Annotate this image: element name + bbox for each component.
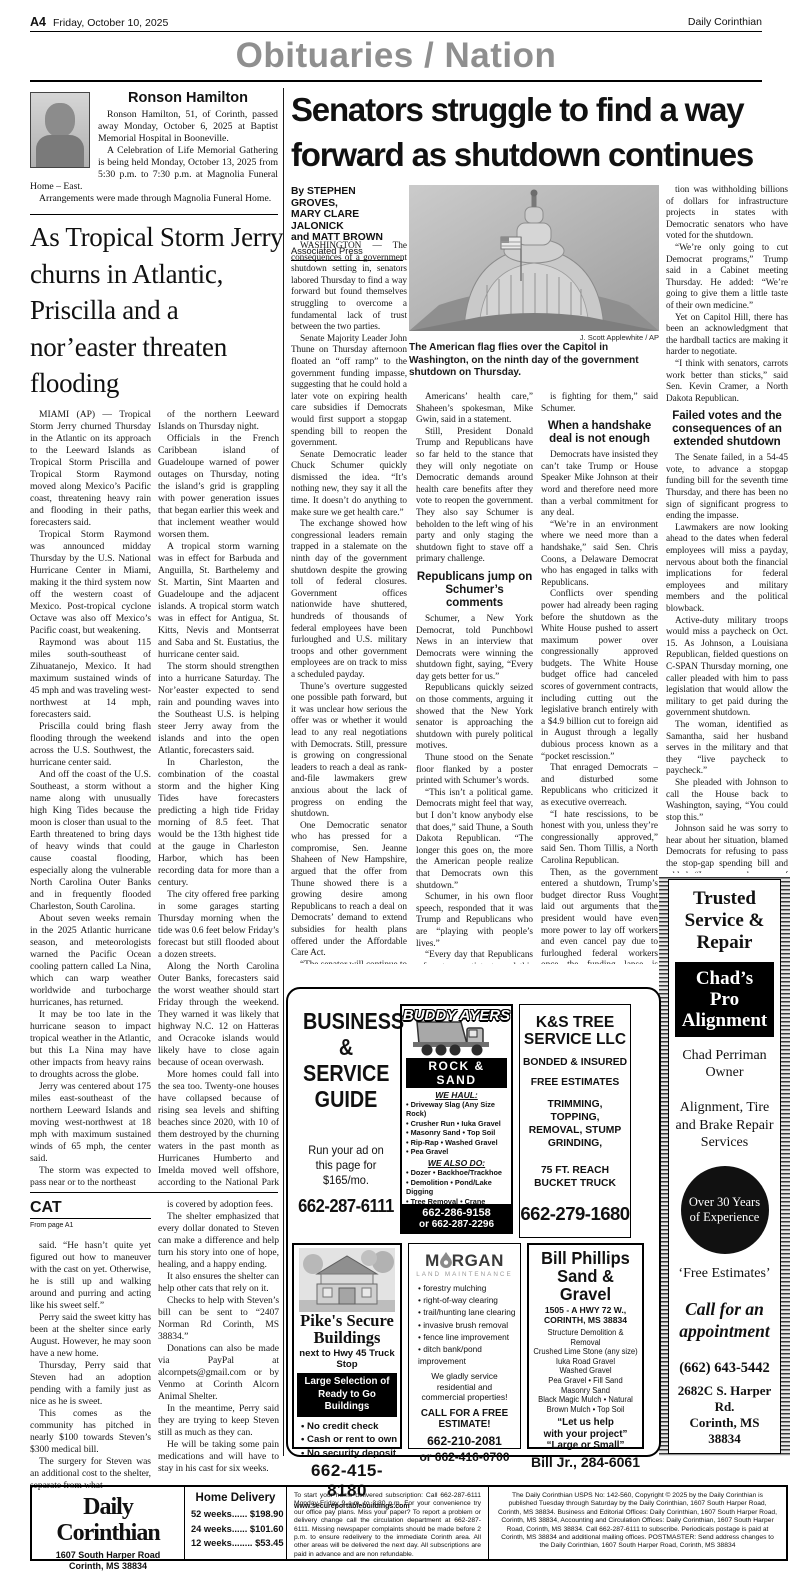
buddy-phone-2: or 662-287-2296 <box>402 1219 511 1230</box>
paragraph: The city offered free parking in some ga… <box>158 889 279 961</box>
list-item: Iuka Road Gravel <box>532 1357 639 1367</box>
paragraph: said. “He hasn’t quite yet figured out h… <box>30 1240 151 1312</box>
paragraph: of the northern Leeward Islands on Thurs… <box>158 409 279 433</box>
column-2-post: Schumer, a New York Democrat, told Punch… <box>416 614 533 964</box>
pikes-bullet-list: No credit checkCash or rent to ownNo sec… <box>294 1420 400 1461</box>
list-item: invasive brush removal <box>418 1319 520 1331</box>
paragraph: The Senate failed, in a 54-45 vote, to a… <box>666 453 788 523</box>
ks-free-estimates: FREE ESTIMATES <box>520 1077 630 1088</box>
footer-address-line2: Corinth, MS 38834 <box>32 1561 184 1572</box>
paragraph: “I hate rescissions, to be honest with y… <box>541 810 658 868</box>
list-item: trail/hunting lane clearing <box>418 1306 520 1318</box>
paragraph: MIAMI (AP) — Tropical Storm Jerry churne… <box>30 409 151 529</box>
paragraph: Thursday, Perry said that Steven had an … <box>30 1360 151 1408</box>
paragraph: Americans’ health care,” Shaheen’s spoke… <box>416 392 533 427</box>
paragraph: “I think with senators, carrots work bet… <box>666 359 788 405</box>
pikes-building-photo <box>299 1248 395 1312</box>
paragraph: The woman, identified as Samantha, said … <box>666 720 788 778</box>
buddy-truck-graphic: BUDDY AYERS <box>402 1006 511 1058</box>
paragraph: Jerry was centered about 175 miles east-… <box>30 1081 151 1165</box>
pikes-banner: Large Selection of Ready to Go Buildings <box>297 1373 397 1417</box>
chads-owner: Chad Perriman Owner <box>673 1047 776 1081</box>
footer-subscription-info: To start your home delivered subscriptio… <box>286 1487 488 1559</box>
cat-column-2: is covered by adoption fees.The shelter … <box>158 1199 279 1492</box>
capitol-photo-image <box>409 185 659 331</box>
paragraph: The storm should strengthen into a hurri… <box>158 661 279 757</box>
home-delivery-title: Home Delivery <box>191 1492 280 1504</box>
list-item: right-of-way clearing <box>418 1294 520 1306</box>
ad-pikes-secure-buildings: Pike's Secure Buildings next to Hwy 45 T… <box>292 1243 402 1449</box>
paragraph: “Every day that Republicans refuse to ne… <box>416 950 533 964</box>
bill-address-line2: CORINTH, MS 38834 <box>529 1315 642 1325</box>
paragraph: In Charleston, the combination of the co… <box>158 757 279 889</box>
rate-row: 52 weeks...... $198.90 <box>191 1507 280 1522</box>
paragraph: Schumer, in his own floor speech, respon… <box>416 892 533 950</box>
ad-bill-phillips-sand-gravel: Bill Phillips Sand & Gravel 1505 - A HWY… <box>527 1243 644 1449</box>
morgan-logo: MRGAN <box>409 1251 520 1271</box>
section-rule <box>30 80 762 82</box>
page-date: Friday, October 10, 2025 <box>53 17 168 29</box>
paragraph: Checks to help with Steven’s bill can be… <box>158 1295 279 1343</box>
cat-title-rule <box>30 1218 151 1219</box>
list-item: Masonry Sand <box>532 1386 639 1396</box>
list-item: No credit check <box>301 1420 400 1434</box>
home-delivery-rates: 52 weeks...... $198.9024 weeks...... $10… <box>191 1507 280 1551</box>
column-4-pre: tion was withholding billions of dollars… <box>666 185 788 405</box>
main-headline-line1: Senators struggle to find a way <box>291 87 791 132</box>
paragraph: Democrats have insisted they can’t take … <box>541 450 658 520</box>
morgan-note: We gladly service residential and commer… <box>409 1371 520 1403</box>
portrait-bust-shape <box>36 135 84 168</box>
header-rule <box>30 31 762 32</box>
footer-paper-name: Daily Corinthian <box>32 1494 184 1546</box>
list-item: Rip-Rap • Washed Gravel <box>406 1138 511 1147</box>
ad-chads-pro-alignment: Trusted Service & Repair Chad’s Pro Alig… <box>659 877 790 1456</box>
footer-home-delivery: Home Delivery 52 weeks...... $198.9024 w… <box>184 1487 286 1559</box>
page-number: A4 <box>30 15 46 29</box>
paragraph: A tropical storm warning was in effect f… <box>158 541 279 661</box>
byline-author: By STEPHEN GROVES, <box>291 186 403 209</box>
bill-product-list: Structure Demolition & RemovalCrushed Li… <box>532 1328 639 1414</box>
obituary-ronson-hamilton: Ronson Hamilton Ronson Hamilton, 51, of … <box>30 90 278 205</box>
paragraph: More homes could fall into the sea too. … <box>158 1069 279 1188</box>
list-item: Structure Demolition & Removal <box>532 1328 639 1347</box>
bill-quote-line1: “Let us help <box>529 1417 642 1428</box>
obituary-divider-rule <box>30 214 278 215</box>
bill-name: Bill Phillips Sand & Gravel <box>532 1249 638 1303</box>
paragraph: Republicans quickly seized on those comm… <box>416 683 533 753</box>
ad-buddy-ayers: BUDDY AYERS ROCK & SAND WE HAUL: Drivewa… <box>400 1004 513 1234</box>
portrait-head-shape <box>45 103 75 137</box>
paragraph: She pleaded with Johnson to call the Hou… <box>666 778 788 824</box>
chads-address-line2: Corinth, MS 38834 <box>673 1415 776 1447</box>
bsg-title: BUSINESS & SERVICE GUIDE <box>303 1008 389 1112</box>
paragraph: WASHINGTON — The consequences of a gover… <box>291 241 407 334</box>
chads-free-estimates: ‘Free Estimates’ <box>673 1266 776 1282</box>
bill-quote-line3: “Large or Small” <box>529 1440 642 1451</box>
paragraph: is covered by adoption fees. <box>158 1199 279 1211</box>
cat-column-1-text: said. “He hasn’t quite yet figured out h… <box>30 1240 151 1492</box>
buddy-phone-box: 662-286-9158 or 662-287-2296 <box>402 1204 511 1232</box>
ks-bonded: BONDED & INSURED <box>520 1057 630 1068</box>
bill-phone: Bill Jr., 284-6061 <box>529 1454 642 1470</box>
paragraph: Along the North Carolina Outer Banks, fo… <box>158 961 279 1069</box>
subhead-republicans-jump: Republicans jump on Schumer’s comments <box>416 571 533 610</box>
bsg-pitch: Run your ad on this page for $165/mo. <box>298 1143 394 1188</box>
ad-morgan-land-maintenance: MRGAN LAND MAINTENANCE forestry mulching… <box>408 1243 521 1449</box>
list-item: fence line improvement <box>418 1331 520 1343</box>
paragraph: Senate Majority Leader John Thune on Thu… <box>291 334 407 450</box>
obituary-portrait-photo <box>30 92 90 168</box>
footer-legal-info: The Daily Corinthian USPS No: 142-560, C… <box>488 1487 786 1559</box>
paragraph: And off the coast of the U.S. Southeast,… <box>30 769 151 913</box>
paragraph: The shelter emphasized that every dollar… <box>158 1211 279 1271</box>
morgan-tagline: LAND MAINTENANCE <box>409 1271 520 1278</box>
paragraph: “This isn’t a political game. Democrats … <box>416 788 533 892</box>
list-item: Brown Mulch • Top Soil <box>532 1405 639 1415</box>
bsg-phone: 662-287-6111 <box>295 1196 396 1217</box>
morgan-logo-rgan: RGAN <box>452 1251 504 1270</box>
morgan-cta: CALL FOR A FREE ESTIMATE! <box>409 1408 520 1430</box>
morgan-service-list: forestry mulchingright-of-way clearingtr… <box>409 1282 520 1367</box>
list-item: Pea Gravel • Fill Sand <box>532 1376 639 1386</box>
column-2-pre: Americans’ health care,” Shaheen’s spoke… <box>416 392 533 566</box>
buddy-haul-list: Driveway Slag (Any Size Rock)Crusher Run… <box>402 1100 511 1156</box>
paragraph: tion was withholding billions of dollars… <box>666 185 788 243</box>
paragraph: It may be too late in the hurricane seas… <box>30 1009 151 1081</box>
paragraph: Yet on Capitol Hill, there has been an a… <box>666 313 788 359</box>
morgan-logo-m: M <box>425 1251 440 1270</box>
list-item: Crushed Lime Stone (any size) <box>532 1347 639 1357</box>
vertical-column-divider <box>283 88 284 1456</box>
list-item: Demolition • Pond/Lake Digging <box>406 1178 511 1197</box>
rate-row: 12 weeks........ $53.45 <box>191 1536 280 1551</box>
ad-chads-inner: Trusted Service & Repair Chad’s Pro Alig… <box>668 879 781 1454</box>
storm-column-1: MIAMI (AP) — Tropical Storm Jerry churne… <box>30 409 151 1188</box>
paragraph: Thune’s overture suggested one possible … <box>291 682 407 821</box>
main-article-column-4: tion was withholding billions of dollars… <box>666 185 788 873</box>
chads-address: 2682C S. Harper Rd. Corinth, MS 38834 <box>673 1383 776 1447</box>
ks-services: TRIMMING, TOPPING, REMOVAL, STUMP GRINDI… <box>520 1098 630 1150</box>
column-4-post: The Senate failed, in a 54-45 vote, to a… <box>666 453 788 873</box>
capitol-photo <box>409 185 659 331</box>
morgan-phone-1: 662-210-2081 <box>409 1434 520 1448</box>
bill-name-line1: Bill Phillips <box>532 1249 638 1267</box>
byline-authors: By STEPHEN GROVES,MARY CLARE JALONICKand… <box>291 186 403 244</box>
list-item: Driveway Slag (Any Size Rock) <box>406 1100 511 1119</box>
paragraph: The storm was expected to pass near or t… <box>30 1165 151 1188</box>
photo-caption: The American flag flies over the Capitol… <box>409 342 659 380</box>
footer-address-line1: 1607 South Harper Road <box>32 1550 184 1561</box>
bill-address-line1: 1505 - A HWY 72 W., <box>529 1305 642 1315</box>
main-article-column-2: Americans’ health care,” Shaheen’s spoke… <box>416 392 533 964</box>
storm-cat-divider-rule <box>30 1192 278 1193</box>
ks-bucket-truck: 75 FT. REACH BUCKET TRUCK <box>520 1164 630 1190</box>
list-item: forestry mulching <box>418 1282 520 1294</box>
buddy-phone-1: 662-286-9158 <box>402 1207 511 1219</box>
footer-logo-block: Daily Corinthian 1607 South Harper Road … <box>32 1487 184 1559</box>
paragraph: Schumer, a New York Democrat, told Punch… <box>416 614 533 684</box>
list-item: Cash or rent to own <box>301 1433 400 1447</box>
list-item: Dozer • Backhoe/Trackhoe <box>406 1168 511 1177</box>
rate-row: 24 weeks...... $101.60 <box>191 1522 280 1537</box>
pikes-location: next to Hwy 45 Truck Stop <box>294 1348 400 1370</box>
main-headline: Senators struggle to find a way forward … <box>291 87 791 177</box>
list-item: Crusher Run • Iuka Gravel <box>406 1119 511 1128</box>
masthead-footer: Daily Corinthian 1607 South Harper Road … <box>30 1485 788 1561</box>
ks-phone: 662-279-1680 <box>520 1203 630 1225</box>
storm-article-headline: As Tropical Storm Jerry churns in Atlant… <box>30 219 284 402</box>
buddy-we-haul-title: WE HAUL: <box>402 1090 511 1100</box>
paragraph: Active-duty military troops would miss a… <box>666 616 788 720</box>
bill-quote-line2: with your project” <box>529 1429 642 1440</box>
paragraph: Perry said the sweet kitty has been at t… <box>30 1312 151 1360</box>
paragraph: In the meantime, Perry said they are try… <box>158 1403 279 1439</box>
paragraph: Johnson said he was sorry to hear about … <box>666 824 788 873</box>
paragraph: Donations can also be made via PayPal at… <box>158 1343 279 1403</box>
paragraph: About seven weeks remain in the 2025 Atl… <box>30 913 151 1009</box>
paragraph: Tropical Storm Raymond was announced mid… <box>30 529 151 637</box>
list-item: Masonry Sand • Top Soil <box>406 1128 511 1137</box>
list-item: No security deposit <box>301 1447 400 1461</box>
subhead-handshake-deal: When a handshake deal is not enough <box>541 420 658 446</box>
buddy-rock-sand-bar: ROCK & SAND <box>406 1058 507 1088</box>
paragraph: The exchange showed how congressional le… <box>291 519 407 681</box>
cat-continued-from: From page A1 <box>30 1220 151 1232</box>
ad-ks-tree-service: K&S TREE SERVICE LLC BONDED & INSURED FR… <box>519 1004 631 1238</box>
chads-experience-badge: Over 30 Years of Experience <box>681 1166 769 1254</box>
pikes-name: Pike's Secure Buildings <box>294 1312 400 1346</box>
paragraph: Lawmakers are now looking ahead to the d… <box>666 523 788 616</box>
bill-quote: “Let us help with your project” “Large o… <box>529 1417 642 1451</box>
list-item: Washed Gravel <box>532 1366 639 1376</box>
byline-author: MARY CLARE JALONICK <box>291 209 403 232</box>
cat-continuation-article: CAT From page A1 said. “He hasn’t quite … <box>30 1199 279 1492</box>
column-3-post: Democrats have insisted they can’t take … <box>541 450 658 964</box>
paragraph: One Democratic senator who has pressed f… <box>291 821 407 960</box>
paragraph: “The senator will continue to work acros… <box>291 960 407 964</box>
paper-name-header: Daily Corinthian <box>688 16 762 28</box>
bill-name-line2: Sand & Gravel <box>532 1267 638 1303</box>
paragraph: “We’re in an environment where we need m… <box>541 520 658 590</box>
main-article-column-3: is fighting for them,” said Schumer. Whe… <box>541 392 658 964</box>
main-headline-line2: forward as shutdown continues <box>291 132 791 177</box>
paragraph: Still, President Donald Trump and Republ… <box>416 427 533 566</box>
page-folio: A4Friday, October 10, 2025 <box>30 13 168 31</box>
shed-building-icon <box>299 1248 395 1312</box>
paragraph: Officials in the French Caribbean island… <box>158 433 279 541</box>
paragraph: Then, as the government entered a shutdo… <box>541 868 658 964</box>
paragraph: Thune stood on the Senate floor flanked … <box>416 753 533 788</box>
chads-services: Alignment, Tire and Brake Repair Service… <box>673 1099 776 1152</box>
storm-column-2: of the northern Leeward Islands on Thurs… <box>158 409 279 1188</box>
chads-header: Trusted Service & Repair <box>673 888 776 954</box>
list-item: ditch bank/pond improvement <box>418 1343 520 1367</box>
storm-article-body: MIAMI (AP) — Tropical Storm Jerry churne… <box>30 409 279 1188</box>
chads-address-line1: 2682C S. Harper Rd. <box>673 1383 776 1415</box>
paragraph: It also ensures the shelter can help oth… <box>158 1271 279 1295</box>
column-3-pre: is fighting for them,” said Schumer. <box>541 392 658 415</box>
droplet-pin-icon <box>440 1252 452 1268</box>
paragraph: Priscilla could bring flash flooding thr… <box>30 721 151 769</box>
photo-credit: J. Scott Applewhite / AP <box>409 333 659 342</box>
main-article-column-1: WASHINGTON — The consequences of a gover… <box>291 241 407 964</box>
paragraph: Conflicts over spending power had alread… <box>541 589 658 763</box>
morgan-phone-2: or 662-416-0700 <box>409 1450 520 1464</box>
list-item: Pea Gravel <box>406 1147 511 1156</box>
paragraph: Senate Democratic leader Chuck Schumer q… <box>291 450 407 520</box>
cat-column-1: CAT From page A1 said. “He hasn’t quite … <box>30 1199 151 1492</box>
buddy-we-also-do-title: WE ALSO DO: <box>402 1158 511 1168</box>
chads-phone: (662) 643-5442 <box>673 1360 776 1377</box>
paragraph: “We’re only going to cut Democrat progra… <box>666 243 788 313</box>
flag-icon <box>501 237 521 249</box>
chads-title-box: Chad’s Pro Alignment <box>675 962 774 1037</box>
newspaper-page: A4Friday, October 10, 2025 Daily Corinth… <box>0 0 792 1584</box>
cat-title: CAT <box>30 1199 151 1216</box>
paragraph: is fighting for them,” said Schumer. <box>541 392 658 415</box>
bill-address: 1505 - A HWY 72 W., CORINTH, MS 38834 <box>529 1305 642 1325</box>
subhead-failed-votes: Failed votes and the consequences of an … <box>666 410 788 449</box>
paragraph: Arrangements were made through Magnolia … <box>30 193 278 205</box>
paragraph: This comes as the community has pitched … <box>30 1408 151 1456</box>
section-title: Obituaries / Nation <box>0 36 792 76</box>
buddy-ayers-name: BUDDY AYERS <box>402 1007 511 1024</box>
paragraph: That enraged Democrats – and disturbed s… <box>541 763 658 809</box>
ks-name: K&S TREE SERVICE LLC <box>520 1014 630 1048</box>
list-item: Black Magic Mulch • Natural <box>532 1395 639 1405</box>
footer-paper-address: 1607 South Harper Road Corinth, MS 38834 <box>32 1550 184 1572</box>
paragraph: Raymond was about 115 miles south-southe… <box>30 637 151 721</box>
paragraph: He will be taking some pain medications … <box>158 1439 279 1475</box>
chads-call-cta: Call for an appointment <box>673 1298 776 1342</box>
